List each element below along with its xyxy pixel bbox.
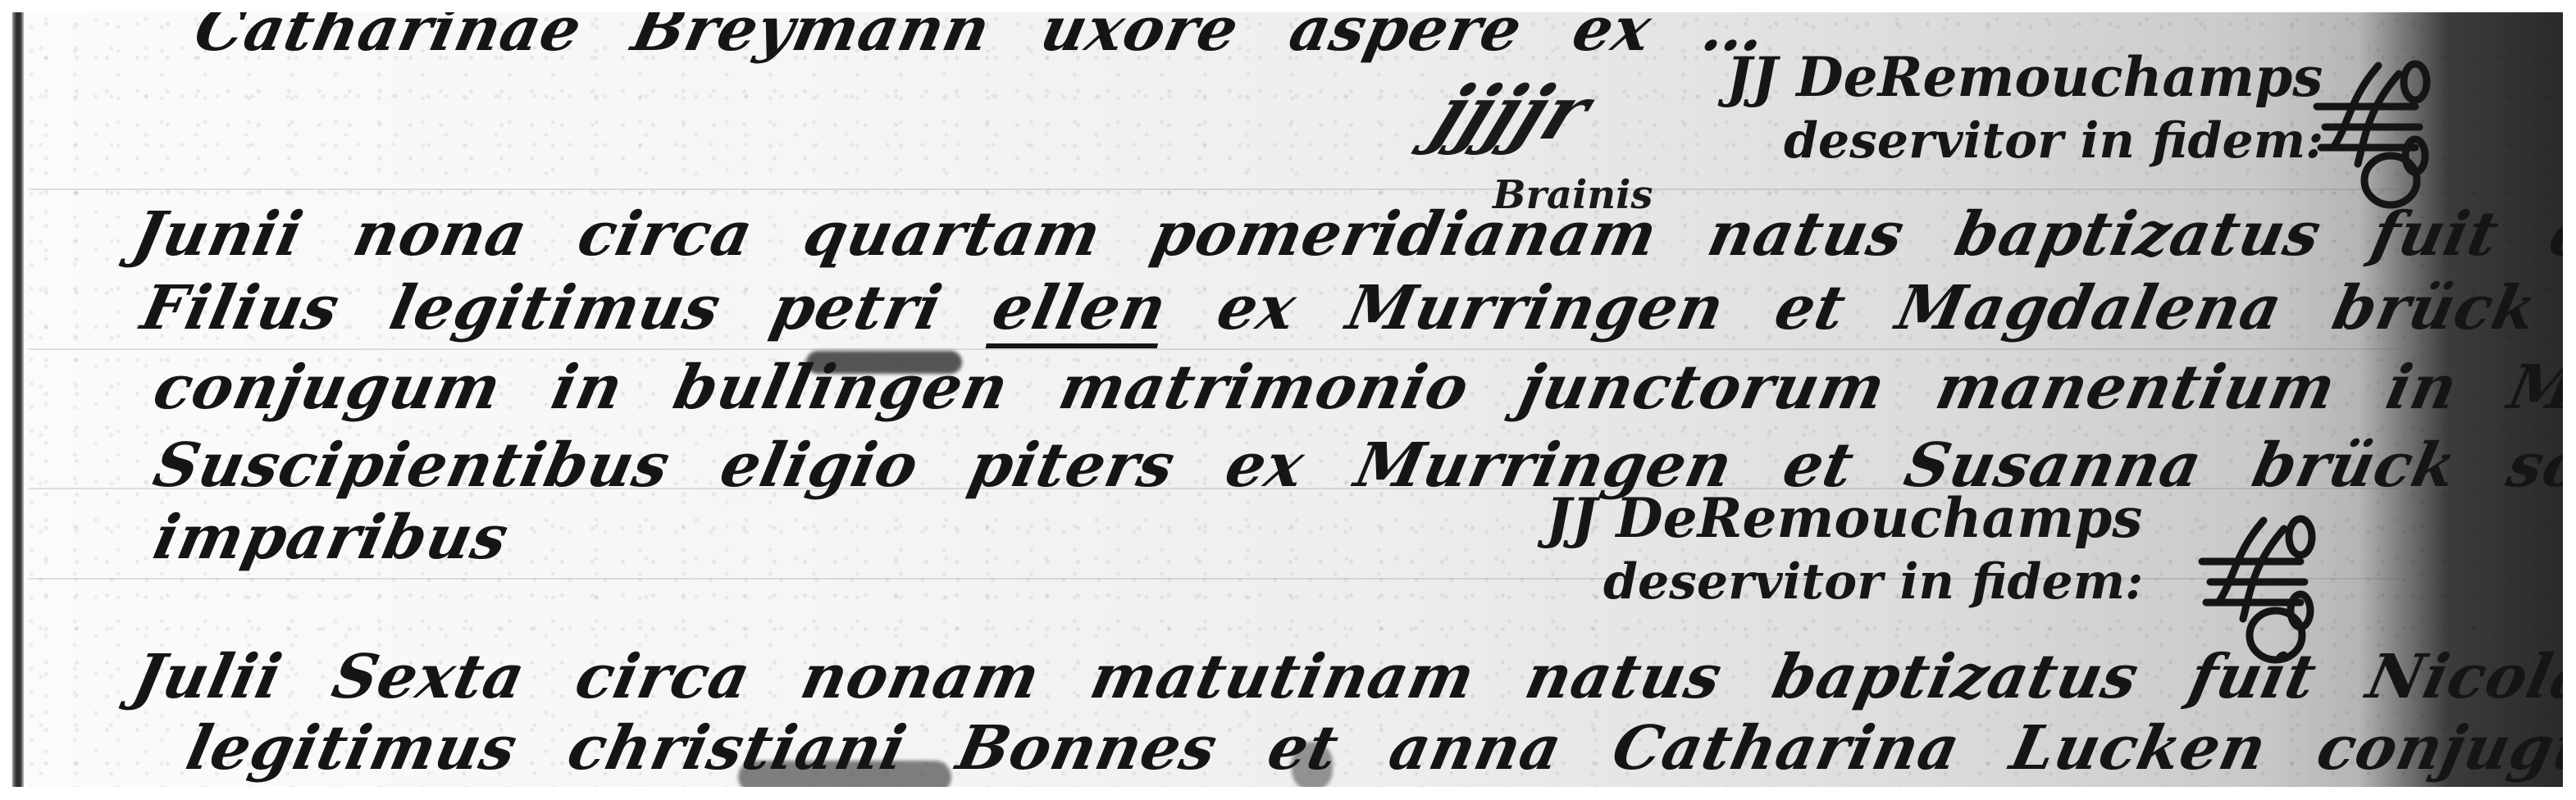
word: brück	[2246, 430, 2463, 501]
word: junctorum	[1513, 352, 1891, 423]
partial-top-line: Catharinae Breymann uxore aspere ex …	[189, 12, 1803, 65]
word: nona	[348, 199, 534, 270]
word: Lucken	[2004, 713, 2273, 784]
word: circa	[569, 642, 756, 712]
word: imparibus	[148, 502, 515, 573]
word: quartam	[797, 199, 1107, 270]
signature-block-2: JJ DeRemouchamps deservitor in fidem:	[1546, 486, 2143, 611]
word: legitimus	[384, 273, 727, 343]
word: Bonnes	[951, 713, 1224, 784]
word: in	[545, 352, 629, 423]
ruled-line	[29, 189, 2399, 190]
word: fuit	[2183, 642, 2323, 712]
word: legitimus	[180, 713, 523, 784]
left-margin-rule	[12, 12, 24, 787]
word: Julii	[127, 642, 288, 712]
word: ex	[1211, 273, 1302, 343]
ruled-line	[29, 348, 2399, 350]
word: anna	[1383, 713, 1568, 784]
word: brück	[2327, 273, 2543, 343]
signature-title: deservitor in fidem:	[1784, 112, 2323, 170]
word: ex	[1220, 430, 1311, 501]
signature-block-1: JJ DeRemouchamps deservitor in fidem:	[1726, 45, 2323, 170]
word: Catharinae	[189, 12, 588, 65]
word: Magdalena	[1890, 273, 2289, 343]
word: nonam	[795, 642, 1046, 712]
word: ex	[1566, 12, 1657, 65]
entry-2-line-2: Filius legitimus petri ellen ex Murringe…	[135, 273, 2563, 343]
word: aspere	[1283, 12, 1529, 65]
word: Nicolaus	[2361, 642, 2563, 712]
word: fuit	[2365, 199, 2505, 270]
word: manentium	[1930, 352, 2342, 423]
entry-2-line-4: Suscipientibus eligio piters ex Murringe…	[148, 430, 2563, 501]
word: Murringen	[1341, 273, 1731, 343]
word: Junii	[127, 199, 309, 270]
signature-name: JJ DeRemouchamps	[1546, 486, 2143, 550]
word: eligio	[714, 430, 925, 501]
word: Murringen	[2502, 352, 2563, 423]
word: piters	[963, 430, 1181, 501]
word: Suscipientibus	[148, 430, 677, 501]
word: pomeridianam	[1146, 199, 1664, 270]
word: conjugum	[2311, 713, 2563, 784]
entry-2-line-3: conjugum in bullingen matrimonio junctor…	[148, 352, 2563, 423]
word: Filius	[135, 273, 346, 343]
word: christiani	[562, 713, 913, 784]
word: natus	[1520, 642, 1729, 712]
clerk-mark: jjjjr	[1422, 70, 1603, 157]
word: in	[2380, 352, 2464, 423]
word: baptizatus	[1767, 642, 2145, 712]
word: natus	[1702, 199, 1911, 270]
entry-3-line-2: legitimus christiani Bonnes et anna Cath…	[180, 713, 2563, 784]
signature-title: deservitor in fidem:	[1603, 553, 2143, 611]
word: Catharina	[1607, 713, 1967, 784]
word: conjugum	[148, 352, 508, 423]
word: sorore	[2501, 430, 2563, 501]
word: circa	[572, 199, 759, 270]
entry-2-line-5: imparibus	[148, 502, 546, 573]
word: bullingen	[668, 352, 1015, 423]
word: Sexta	[326, 642, 531, 712]
word: matutinam	[1084, 642, 1481, 712]
word: uxore	[1035, 12, 1246, 65]
word: eligius	[2543, 199, 2563, 270]
underlined-word: ellen	[987, 273, 1173, 343]
entry-3-line-1: Julii Sexta circa nonam matutinam natus …	[127, 642, 2563, 712]
word: et	[1769, 273, 1853, 343]
word: matrimonio	[1053, 352, 1475, 423]
word: baptizatus	[1949, 199, 2328, 270]
manuscript-scan: Catharinae Breymann uxore aspere ex … jj…	[12, 12, 2563, 787]
signature-name: JJ DeRemouchamps	[1726, 45, 2323, 109]
entry-2-line-1: Junii nona circa quartam pomeridianam na…	[127, 199, 2563, 270]
word: et	[1261, 713, 1345, 784]
word: petri	[765, 273, 948, 343]
paraph-flourish-icon	[2300, 49, 2440, 213]
word: Breymann	[626, 12, 996, 65]
